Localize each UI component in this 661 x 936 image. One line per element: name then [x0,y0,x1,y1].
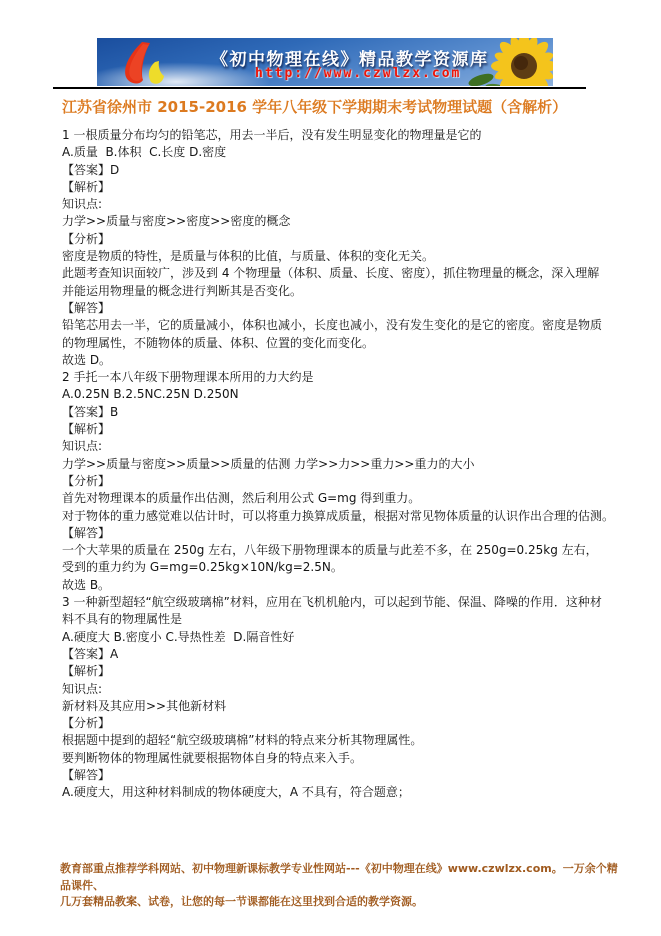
document-line: 知识点: [62,438,608,455]
document-line: 根据题中提到的超轻“航空级玻璃棉”材料的特点来分析其物理属性。 [62,732,608,749]
document-line: 对于物体的重力感觉难以估计时，可以将重力换算成质量，根据对常见物体质量的认识作出… [62,508,608,525]
document-line: 【分析】 [62,715,608,732]
flame-logo-icon [113,42,165,86]
document-body: 1 一根质量分布均匀的铅笔芯，用去一半后，没有发生明显变化的物理量是它的A.质量… [62,127,608,802]
document-line: A.0.25N B.2.5NC.25N D.250N [62,386,608,403]
footer-line-1: 教育部重点推荐学科网站、初中物理新课标教学专业性网站---《初中物理在线》www… [60,861,626,894]
sunflower-icon [467,38,553,86]
document-line: 【分析】 [62,231,608,248]
document-line: 【答案】B [62,404,608,421]
document-line: 力学>>质量与密度>>密度>>密度的概念 [62,213,608,230]
document-line: 故选 B。 [62,577,608,594]
document-line: 知识点: [62,681,608,698]
document-line: 【解析】 [62,663,608,680]
document-line: 并能运用物理量的概念进行判断其是否变化。 [62,283,608,300]
document-line: 新材料及其应用>>其他新材料 [62,698,608,715]
document-line: 【解答】 [62,525,608,542]
document-line: 铅笔芯用去一半，它的质量减小，体积也减小，长度也减小，没有发生变化的是它的密度。… [62,317,608,334]
document-line: 【解答】 [62,300,608,317]
document-line: 力学>>质量与密度>>质量>>质量的估测 力学>>力>>重力>>重力的大小 [62,456,608,473]
document-line: 【解答】 [62,767,608,784]
header-divider [53,87,586,89]
document-line: 首先对物理课本的质量作出估测，然后利用公式 G=mg 得到重力。 [62,490,608,507]
document-line: 【分析】 [62,473,608,490]
document-line: 知识点: [62,196,608,213]
document-line: 1 一根质量分布均匀的铅笔芯，用去一半后，没有发生明显变化的物理量是它的 [62,127,608,144]
footer-line-2: 几万套精品教案、试卷，让您的每一节课都能在这里找到合适的教学资源。 [60,894,626,911]
document-line: 【答案】D [62,162,608,179]
document-line: 料不具有的物理属性是 [62,611,608,628]
document-line: 要判断物体的物理属性就要根据物体自身的特点来入手。 [62,750,608,767]
document-line: 的物理属性，不随物体的质量、体积、位置的变化而变化。 [62,335,608,352]
page-footer: 教育部重点推荐学科网站、初中物理新课标教学专业性网站---《初中物理在线》www… [60,861,626,911]
document-line: 3 一种新型超轻“航空级玻璃棉”材料，应用在飞机机舱内，可以起到节能、保温、降噪… [62,594,608,611]
document-line: A.硬度大，用这种材料制成的物体硬度大，A 不具有，符合题意； [62,784,608,801]
document-line: 一个大苹果的质量在 250g 左右，八年级下册物理课本的质量与此差不多，在 25… [62,542,608,559]
document-line: 故选 D。 [62,352,608,369]
document-line: A.质量 B.体积 C.长度 D.密度 [62,144,608,161]
document-line: 【答案】A [62,646,608,663]
document-line: 2 手托一本八年级下册物理课本所用的力大约是 [62,369,608,386]
document-line: 密度是物质的特性，是质量与体积的比值，与质量、体积的变化无关。 [62,248,608,265]
banner-site-url: http://www.czwlzx.com [255,66,461,81]
document-line: 此题考查知识面较广，涉及到 4 个物理量（体积、质量、长度、密度），抓住物理量的… [62,265,608,282]
document-line: 受到的重力约为 G=mg=0.25kg×10N/kg=2.5N。 [62,559,608,576]
document-title: 江苏省徐州市 2015-2016 学年八年级下学期期末考试物理试题（含解析） [62,96,567,117]
document-line: 【解析】 [62,179,608,196]
document-line: 【解析】 [62,421,608,438]
header-banner: 《初中物理在线》精品教学资源库 http://www.czwlzx.com [97,38,553,86]
document-line: A.硬度大 B.密度小 C.导热性差 D.隔音性好 [62,629,608,646]
